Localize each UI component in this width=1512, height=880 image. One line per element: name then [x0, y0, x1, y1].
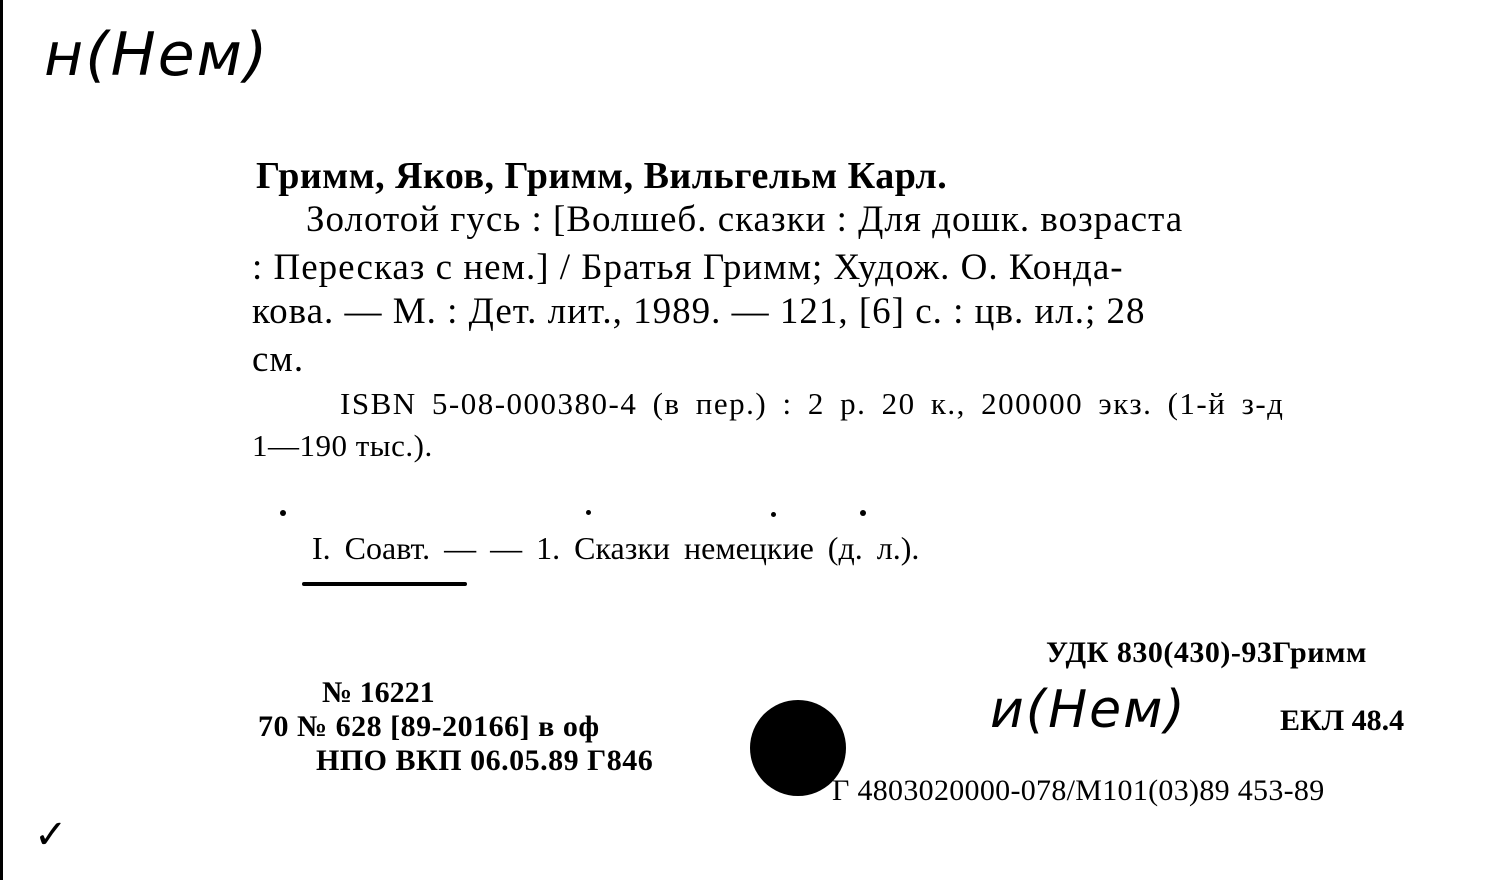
tracings-line: I. Соавт. — — 1. Сказки немецкие (д. л.)… — [312, 530, 919, 567]
bullet-dot — [771, 512, 776, 517]
ekl-code: ЕКЛ 48.4 — [1280, 704, 1404, 738]
handwritten-underline — [302, 582, 467, 586]
author-heading: Гримм, Яков, Гримм, Вильгельм Карл. — [256, 154, 947, 198]
order-number-2: 70 № 628 [89-20166] в оф — [258, 710, 600, 744]
bullet-dot — [280, 510, 286, 516]
bullet-dot — [860, 510, 866, 516]
card-left-edge — [0, 0, 3, 880]
udk-code: УДК 830(430)-93Гримм — [1046, 636, 1367, 670]
order-number-3: НПО ВКП 06.05.89 Г846 — [316, 744, 653, 778]
isbn-line-continued: 1—190 тыс.). — [252, 428, 433, 464]
handwritten-note-middle: и(Нем) — [990, 680, 1187, 740]
order-number-1: № 16221 — [322, 676, 435, 710]
handwritten-note-top: н(Нем) — [44, 20, 269, 90]
title-line-2: : Пересказ с нем.] / Братья Гримм; Худож… — [252, 246, 1124, 289]
bullet-dot — [586, 510, 591, 515]
size-line: см. — [252, 338, 304, 381]
publication-line: кова. — М. : Дет. лит., 1989. — 121, [6]… — [252, 290, 1146, 333]
g-code: Г 4803020000-078/М101(03)89 453-89 — [832, 774, 1325, 808]
check-mark-icon: ✓ — [34, 812, 70, 858]
isbn-line: ISBN 5-08-000380-4 (в пер.) : 2 р. 20 к.… — [340, 386, 1284, 422]
title-line-1: Золотой гусь : [Волшеб. сказки : Для дош… — [306, 198, 1183, 241]
